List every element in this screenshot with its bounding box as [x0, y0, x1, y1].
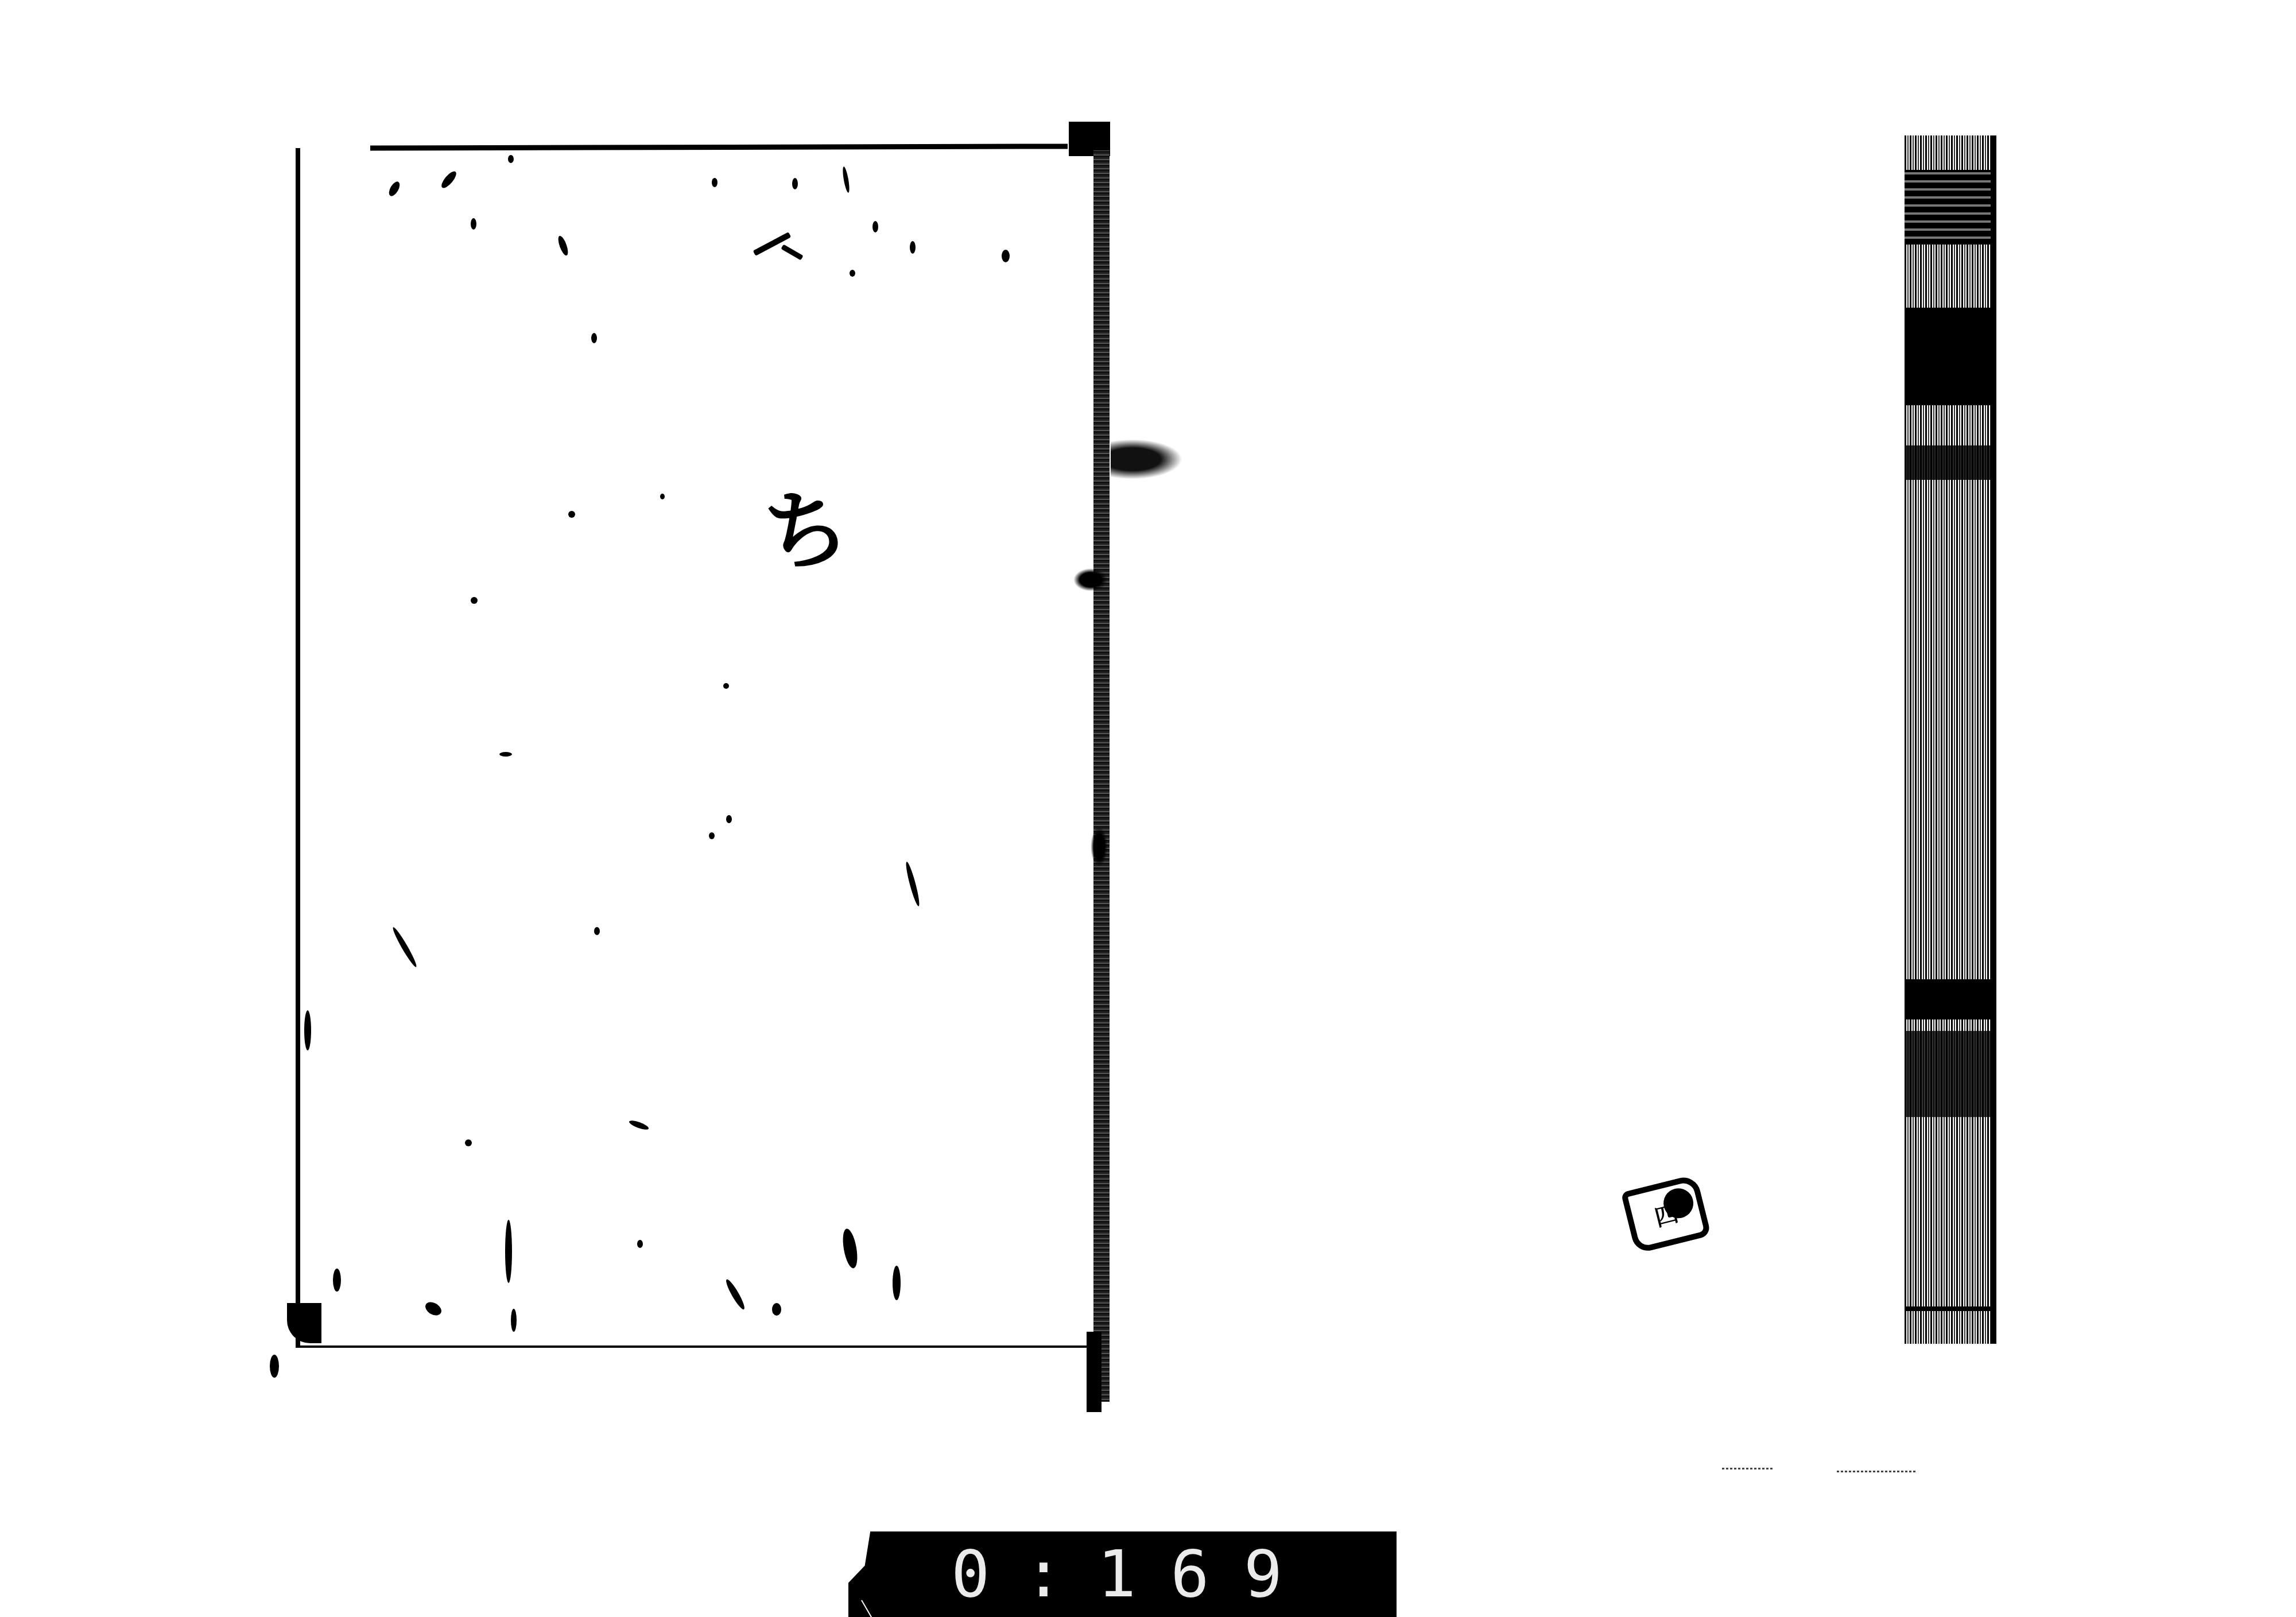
scan-artifact-line — [1722, 1468, 1774, 1469]
scan-artifact-line — [1837, 1471, 1917, 1472]
book-fore-edge — [1905, 135, 1996, 1344]
cover-spine-bottom — [1087, 1332, 1102, 1412]
cover-bottom-corner — [287, 1303, 321, 1343]
frame-counter-digits: 0:169 — [928, 1537, 1317, 1612]
frame-counter: 0:169 — [848, 1531, 1397, 1617]
binding-knot-lower — [1091, 827, 1108, 867]
book-cover — [296, 148, 1108, 1348]
binding-knot — [1073, 568, 1108, 591]
cover-spine-edge — [1093, 150, 1110, 1402]
blank-page — [1125, 132, 1894, 1349]
cover-ink-mark: ち — [761, 485, 852, 577]
